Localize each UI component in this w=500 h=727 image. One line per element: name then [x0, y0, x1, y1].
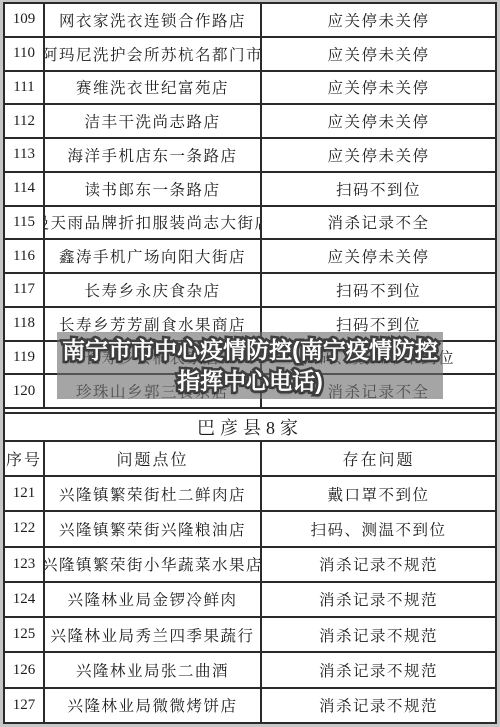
table-header-row: 序号 问题点位 存在问题 — [5, 442, 495, 477]
col-header-location: 问题点位 — [45, 442, 262, 475]
col-header-issue: 存在问题 — [262, 442, 495, 475]
location-cell: 读书郎东一条路店 — [45, 173, 262, 205]
issue-cell: 扫码不到位 — [262, 173, 495, 205]
table-row: 109网衣家洗衣连锁合作路店应关停未关停 — [5, 4, 495, 38]
col-header-no: 序号 — [5, 442, 45, 475]
issue-cell: 消杀记录不规范 — [262, 583, 495, 616]
table-row: 121兴隆镇繁荣街杜二鲜肉店戴口罩不到位 — [5, 477, 495, 512]
location-cell: 兴隆镇繁荣街小华蔬菜水果店 — [45, 548, 262, 581]
no-cell: 124 — [5, 583, 45, 616]
table-row: 122兴隆镇繁荣街兴隆粮油店扫码、测温不到位 — [5, 512, 495, 547]
table-row: 116鑫涛手机广场向阳大街店应关停未关停 — [5, 240, 495, 274]
table-row: 117长寿乡永庆食杂店扫码不到位 — [5, 274, 495, 308]
table-row: 125兴隆林业局秀兰四季果蔬行消杀记录不规范 — [5, 618, 495, 653]
table-row: 111赛维洗衣世纪富苑店应关停未关停 — [5, 72, 495, 106]
issue-cell: 应关停未关停 — [262, 72, 495, 104]
location-cell: 兴隆镇繁荣街兴隆粮油店 — [45, 512, 262, 545]
no-cell: 113 — [5, 139, 45, 171]
issue-cell: 应关停未关停 — [262, 4, 495, 36]
no-cell: 121 — [5, 477, 45, 510]
location-cell: 兴隆镇繁荣街杜二鲜肉店 — [45, 477, 262, 510]
no-cell: 110 — [5, 38, 45, 70]
table-row: 114读书郎东一条路店扫码不到位 — [5, 173, 495, 207]
location-cell: 海洋手机店东一条路店 — [45, 139, 262, 171]
issue-cell: 应关停未关停 — [262, 38, 495, 70]
location-cell: 网衣家洗衣连锁合作路店 — [45, 4, 262, 36]
no-cell: 115 — [5, 207, 45, 239]
location-cell: 曼天雨品牌折扣服装尚志大街店 — [45, 207, 262, 239]
issue-cell: 消杀记录不规范 — [262, 689, 495, 722]
no-cell: 126 — [5, 653, 45, 686]
issue-cell: 消杀记录不规范 — [262, 618, 495, 651]
no-cell: 112 — [5, 105, 45, 137]
location-cell: 赛维洗衣世纪富苑店 — [45, 72, 262, 104]
issue-cell: 应关停未关停 — [262, 240, 495, 272]
issue-cell: 扫码、测温不到位 — [262, 512, 495, 545]
no-cell: 119 — [5, 342, 45, 374]
headline-line-2: 指挥中心电话) — [177, 366, 323, 397]
no-cell: 118 — [5, 308, 45, 340]
location-cell: 阿玛尼洗护会所苏杭名都门市 — [45, 38, 262, 70]
page: 109网衣家洗衣连锁合作路店应关停未关停110阿玛尼洗护会所苏杭名都门市应关停未… — [0, 0, 500, 727]
table-row: 115曼天雨品牌折扣服装尚志大街店消杀记录不全 — [5, 207, 495, 241]
issue-cell: 消杀记录不规范 — [262, 653, 495, 686]
location-cell: 兴隆林业局微微烤饼店 — [45, 689, 262, 722]
issue-cell: 戴口罩不到位 — [262, 477, 495, 510]
no-cell: 117 — [5, 274, 45, 306]
table-row: 123兴隆镇繁荣街小华蔬菜水果店消杀记录不规范 — [5, 548, 495, 583]
issue-cell: 消杀记录不规范 — [262, 548, 495, 581]
no-cell: 109 — [5, 4, 45, 36]
location-cell: 鑫涛手机广场向阳大街店 — [45, 240, 262, 272]
location-cell: 洁丰干洗尚志路店 — [45, 105, 262, 137]
section-title-bayan-county: 巴彦县8家 — [5, 412, 495, 442]
headline-line-1: 南宁市市中心疫情防控(南宁疫情防控 — [62, 335, 438, 366]
no-cell: 111 — [5, 72, 45, 104]
location-cell: 兴隆林业局秀兰四季果蔬行 — [45, 618, 262, 651]
table-row: 124兴隆林业局金锣冷鲜肉消杀记录不规范 — [5, 583, 495, 618]
table-row: 127兴隆林业局微微烤饼店消杀记录不规范 — [5, 689, 495, 722]
table-row: 113海洋手机店东一条路店应关停未关停 — [5, 139, 495, 173]
table-row: 110阿玛尼洗护会所苏杭名都门市应关停未关停 — [5, 38, 495, 72]
location-cell: 兴隆林业局张二曲酒 — [45, 653, 262, 686]
location-cell: 长寿乡永庆食杂店 — [45, 274, 262, 306]
headline-watermark: 南宁市市中心疫情防控(南宁疫情防控 指挥中心电话) — [57, 332, 443, 399]
no-cell: 123 — [5, 548, 45, 581]
rows-group-bayan: 121兴隆镇繁荣街杜二鲜肉店戴口罩不到位122兴隆镇繁荣街兴隆粮油店扫码、测温不… — [5, 477, 495, 722]
no-cell: 125 — [5, 618, 45, 651]
issue-cell: 消杀记录不全 — [262, 207, 495, 239]
location-cell: 兴隆林业局金锣冷鲜肉 — [45, 583, 262, 616]
issue-cell: 应关停未关停 — [262, 139, 495, 171]
table-row: 112洁丰干洗尚志路店应关停未关停 — [5, 105, 495, 139]
issue-cell: 应关停未关停 — [262, 105, 495, 137]
no-cell: 116 — [5, 240, 45, 272]
issue-cell: 扫码不到位 — [262, 274, 495, 306]
no-cell: 120 — [5, 375, 45, 407]
no-cell: 114 — [5, 173, 45, 205]
no-cell: 122 — [5, 512, 45, 545]
no-cell: 127 — [5, 689, 45, 722]
table-row: 126兴隆林业局张二曲酒消杀记录不规范 — [5, 653, 495, 688]
